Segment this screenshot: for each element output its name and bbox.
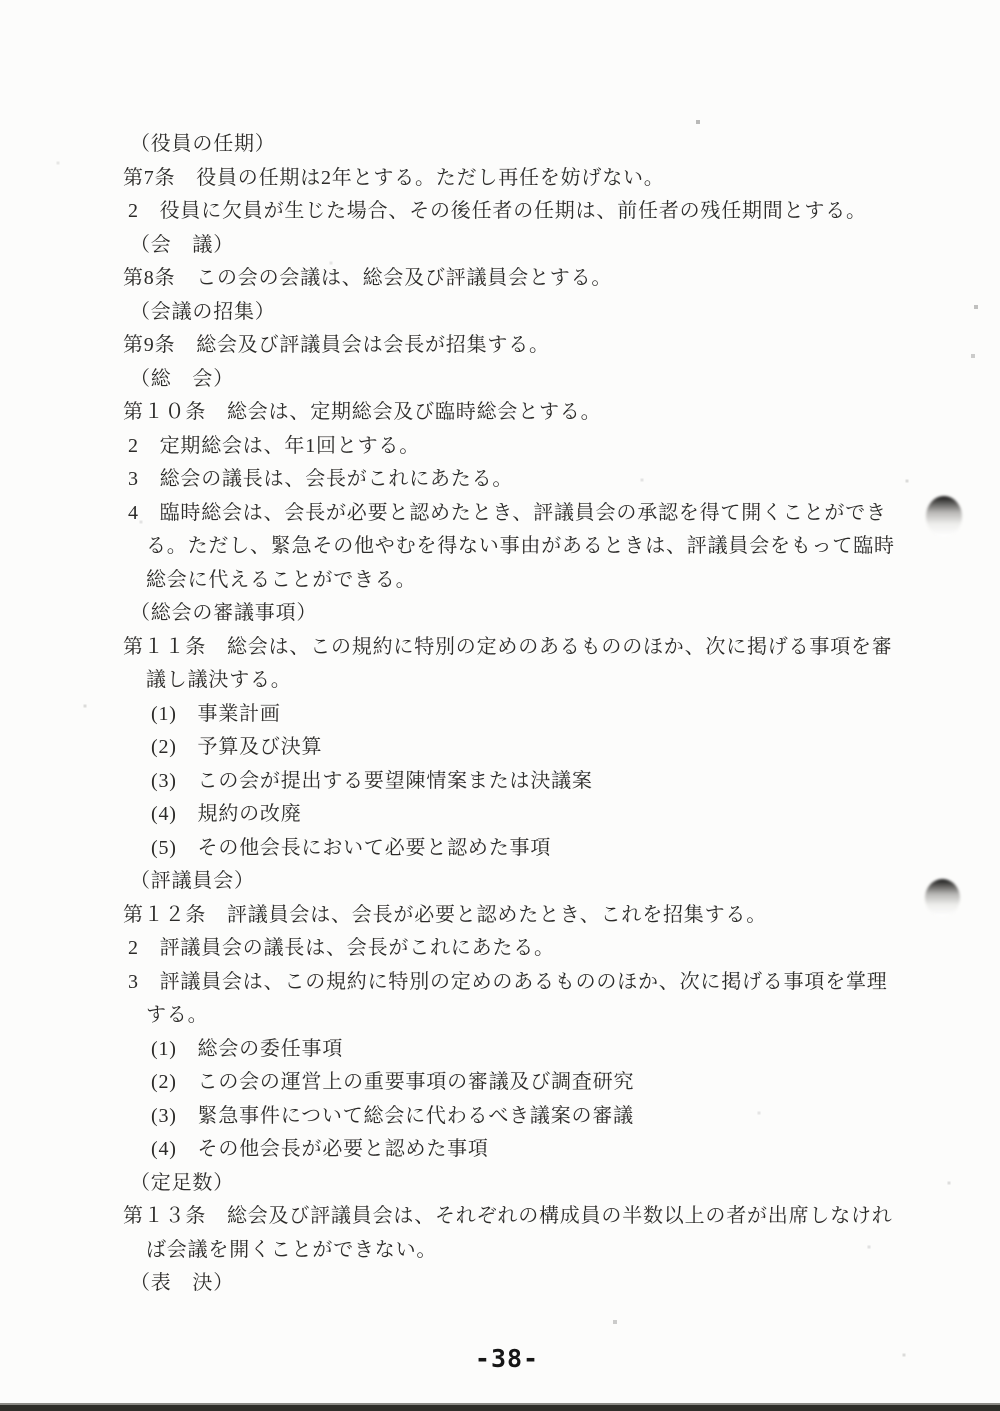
text-line: (1) 事業計画 <box>123 698 945 732</box>
text-line: 第9条 総会及び評議員会は会長が招集する。 <box>123 329 945 363</box>
text-line: （定足数） <box>123 1167 945 1201</box>
punch-hole-bottom <box>925 879 960 917</box>
text-line: 第１１条 総会は、この規約に特別の定めのあるもののほか、次に掲げる事項を審 <box>123 631 945 665</box>
text-line: (3) 緊急事件について総会に代わるべき議案の審議 <box>123 1100 945 1134</box>
text-line: 2 役員に欠員が生じた場合、その後任者の任期は、前任者の残任期間とする。 <box>123 195 945 229</box>
text-line: 2 評議員会の議長は、会長がこれにあたる。 <box>123 932 945 966</box>
text-line: （評議員会） <box>123 865 945 899</box>
text-line: (4) その他会長が必要と認めた事項 <box>123 1133 945 1167</box>
scan-speckles <box>0 0 2 2</box>
text-line: （表 決） <box>123 1267 945 1301</box>
text-line: (2) 予算及び決算 <box>123 731 945 765</box>
text-line: 議し議決する。 <box>123 664 945 698</box>
text-line: 第8条 この会の会議は、総会及び評議員会とする。 <box>123 262 945 296</box>
text-line: 4 臨時総会は、会長が必要と認めたとき、評議員会の承認を得て開くことができ <box>123 497 945 531</box>
scan-edge-line <box>0 1403 1000 1411</box>
text-line: 第7条 役員の任期は2年とする。ただし再任を妨げない。 <box>123 162 945 196</box>
document-page: （役員の任期）第7条 役員の任期は2年とする。ただし再任を妨げない。2 役員に欠… <box>0 0 1000 1411</box>
text-line: (5) その他会長において必要と認めた事項 <box>123 832 945 866</box>
text-lines: （役員の任期）第7条 役員の任期は2年とする。ただし再任を妨げない。2 役員に欠… <box>123 128 945 1301</box>
text-line: (3) この会が提出する要望陳情案または決議案 <box>123 765 945 799</box>
text-line: (1) 総会の委任事項 <box>123 1033 945 1067</box>
text-line: （会議の招集） <box>123 296 945 330</box>
text-line: 2 定期総会は、年1回とする。 <box>123 430 945 464</box>
text-line: 3 総会の議長は、会長がこれにあたる。 <box>123 463 945 497</box>
text-line: （会 議） <box>123 229 945 263</box>
page-number: -38- <box>0 1344 1000 1373</box>
text-line: る。ただし、緊急その他やむを得ない事由があるときは、評議員会をもって臨時 <box>123 530 945 564</box>
text-line: 第１０条 総会は、定期総会及び臨時総会とする。 <box>123 396 945 430</box>
punch-hole-top <box>926 496 962 537</box>
text-line: (4) 規約の改廃 <box>123 798 945 832</box>
text-line: （総 会） <box>123 363 945 397</box>
text-line: （総会の審議事項） <box>123 597 945 631</box>
text-line: （役員の任期） <box>123 128 945 162</box>
text-line: 第１２条 評議員会は、会長が必要と認めたとき、これを招集する。 <box>123 899 945 933</box>
text-line: 3 評議員会は、この規約に特別の定めのあるもののほか、次に掲げる事項を掌理 <box>123 966 945 1000</box>
text-line: ば会議を開くことができない。 <box>123 1234 945 1268</box>
text-line: する。 <box>123 999 945 1033</box>
text-line: 第１３条 総会及び評議員会は、それぞれの構成員の半数以上の者が出席しなけれ <box>123 1200 945 1234</box>
text-line: 総会に代えることができる。 <box>123 564 945 598</box>
text-line: (2) この会の運営上の重要事項の審議及び調査研究 <box>123 1066 945 1100</box>
